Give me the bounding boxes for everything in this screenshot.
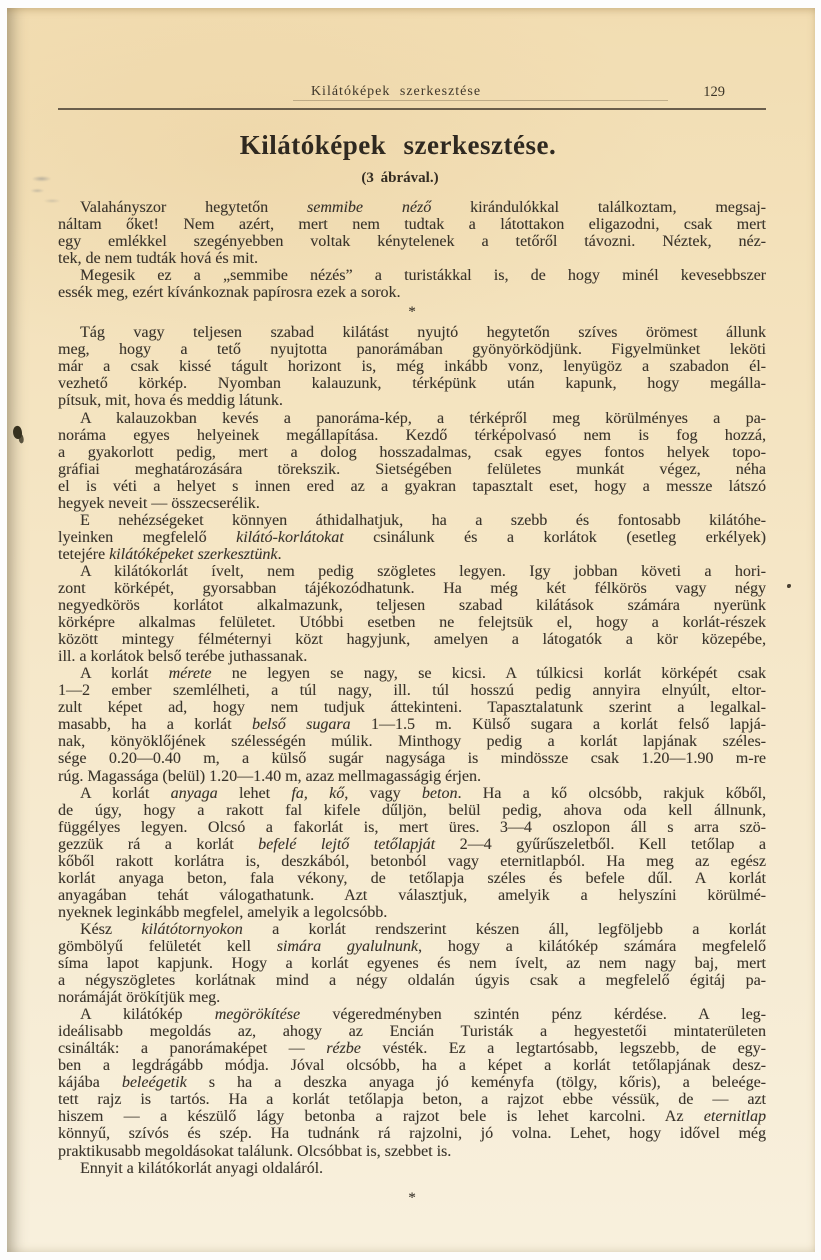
text-line: körképre alkalmas felületet. Utóbbi eset… (58, 614, 766, 631)
text-line: vezhető körkép. Nyomban kalauzunk, térké… (58, 375, 766, 392)
article-title: Kilátóképek szerkesztése. (44, 130, 752, 161)
text-line: A korlát mérete ne legyen se nagy, se ki… (58, 665, 766, 682)
text-line: anyagában tehát válogathatunk. Azt válas… (58, 887, 766, 904)
paragraph: A korlát anyaga lehet fa, kő, vagy beton… (58, 785, 766, 921)
text-line: de úgy, hogy a rakott fal kifele dűljön,… (58, 802, 766, 819)
paragraph: A kalauzokban kevés a panoráma-kép, a té… (58, 410, 766, 512)
section-separator-asterisk: * (58, 1190, 766, 1207)
paragraph: E nehézségeket könnyen áthidalhatjuk, ha… (58, 512, 766, 563)
text-line: a gyakorlott pedig, mert a dolog hosszad… (58, 444, 766, 461)
scanned-book-page: Kilátóképek szerkesztése 129 Kilátóképek… (7, 8, 815, 1252)
text-line: tek, de nem tudták hová és mit. (58, 250, 766, 267)
faded-stamp-smudge (29, 172, 71, 206)
text-line: el is véti a helyet s innen ered az a gy… (58, 478, 766, 495)
text-line: 1—2 ember szemlélheti, a túl nagy, ill. … (58, 682, 766, 699)
text-line: gömbölyű felületét kell simára gyalulnun… (58, 938, 766, 955)
text-line: gezzük rá a korlát befelé lejtő tetőlapj… (58, 836, 766, 853)
text-line: nyeknek leginkább megfelel, amelyik a le… (58, 904, 766, 921)
text-line: függélyes legyen. Olcsó a fakorlát is, m… (58, 819, 766, 836)
paragraph: A kilátókorlát ívelt, nem pedig szöglete… (58, 563, 766, 665)
header-rule (58, 108, 766, 110)
text-line: masabb, ha a korlát belső sugara 1—1.5 m… (58, 716, 766, 733)
text-line: tett rajz is tartós. Ha a korlát tetőlap… (58, 1091, 766, 1108)
paragraph: A korlát mérete ne legyen se nagy, se ki… (58, 665, 766, 784)
text-line: ben a legdrágább módja. Jóval olcsóbb, h… (58, 1057, 766, 1074)
text-line: Kész kilátótornyokon a korlát rendszerin… (58, 921, 766, 938)
text-line: Valahányszor hegytetőn semmibe néző kirá… (58, 199, 766, 216)
text-line: meg, hogy a tető nyujtotta panorámában g… (58, 341, 766, 358)
running-head-title: Kilátóképek szerkesztése (311, 84, 481, 100)
text-line: noráma egyes helyeinek megállapítása. Ke… (58, 427, 766, 444)
text-line: csinálták: a panorámaképet — rézbe vésté… (58, 1040, 766, 1057)
text-line: a négyszögletes korlátnak mind a négy ol… (58, 972, 766, 989)
dust-speck (787, 584, 791, 588)
text-line: A kilátókorlát ívelt, nem pedig szöglete… (58, 563, 766, 580)
text-line: nak, könyöklőjének szélességén múlik. Mi… (58, 733, 766, 750)
text-line: már a csak kissé tágult horizont is, még… (58, 358, 766, 375)
text-line: kájába beleégetik s ha a deszka anyaga j… (58, 1074, 766, 1091)
text-line: Tág vagy teljesen szabad kilátást nyujtó… (58, 324, 766, 341)
text-line: hegyek neveit — összecserélik. (58, 495, 766, 512)
paragraph: A kilátókép megörökítése végeredményben … (58, 1006, 766, 1159)
text-line: essék meg, ezért kívánkoznak papírosra e… (58, 284, 766, 301)
running-head-underline (293, 100, 668, 101)
text-line: lyeinken megfelelő kilátó-korlátokat csi… (58, 529, 766, 546)
page-content-area: Kilátóképek szerkesztése 129 Kilátóképek… (58, 8, 766, 1252)
text-line: között mintegy félméternyi közt hagyjunk… (58, 631, 766, 648)
page-number: 129 (703, 84, 725, 101)
text-line: Megesik ez a „semmibe nézés” a turistákk… (58, 267, 766, 284)
text-line: praktikusabb megoldásokat találunk. Olcs… (58, 1143, 766, 1160)
section-separator-asterisk: * (58, 304, 766, 321)
text-line: korlát anyaga beton, fala vékony, de tet… (58, 870, 766, 887)
paragraph: Megesik ez a „semmibe nézés” a turistákk… (58, 267, 766, 301)
article-subtitle: (3 ábrával.) (46, 170, 754, 187)
paragraph: Ennyit a kilátókorlát anyagi oldaláról. (58, 1160, 766, 1177)
text-line: gráfiai meghatározására törekszik. Siets… (58, 461, 766, 478)
text-line: norámáját örökítjük meg. (58, 989, 766, 1006)
paragraph: Tág vagy teljesen szabad kilátást nyujtó… (58, 324, 766, 409)
text-line: ideálisabb megoldás az, ahogy az Encián … (58, 1023, 766, 1040)
text-line: A kalauzokban kevés a panoráma-kép, a té… (58, 410, 766, 427)
text-line: náltam őket! Nem azért, mert nem tudtak … (58, 216, 766, 233)
paragraph: Valahányszor hegytetőn semmibe néző kirá… (58, 199, 766, 267)
text-line: Ennyit a kilátókorlát anyagi oldaláról. (58, 1160, 766, 1177)
text-line: zult képet ad, hogy nem tudjuk áttekinte… (58, 699, 766, 716)
text-line: negyedkörös korlátot alkalmazunk, teljes… (58, 597, 766, 614)
text-line: E nehézségeket könnyen áthidalhatjuk, ha… (58, 512, 766, 529)
text-line: egy emlékkel szegényebben voltak kénytel… (58, 233, 766, 250)
paragraph: Kész kilátótornyokon a korlát rendszerin… (58, 921, 766, 1006)
text-line: kőből rakott korlátra is, deszkából, bet… (58, 853, 766, 870)
text-line: síma lapot kapjunk. Hogy a korlát egyene… (58, 955, 766, 972)
text-line: pítsuk, mit, hova és meddig látunk. (58, 392, 766, 409)
text-line: hiszem — a készülő lágy betonba a rajzot… (58, 1108, 766, 1125)
text-line: tetejére kilátóképeket szerkesztünk. (58, 546, 766, 563)
text-line: A kilátókép megörökítése végeredményben … (58, 1006, 766, 1023)
article-body: Valahányszor hegytetőn semmibe néző kirá… (58, 199, 766, 1210)
text-line: könnyű, szívós és szép. Ha tudnánk rá ra… (58, 1125, 766, 1142)
text-line: sége 0.20—0.40 m, a külső sugár nagysága… (58, 750, 766, 767)
ink-blot-mark (12, 425, 24, 440)
text-line: zont körképét, gyorsabban tájékozódhatun… (58, 580, 766, 597)
text-line: A korlát anyaga lehet fa, kő, vagy beton… (58, 785, 766, 802)
text-line: rúg. Magassága (belül) 1.20—1.40 m, azaz… (58, 768, 766, 785)
text-line: ill. a korlátok belső terébe juthassanak… (58, 648, 766, 665)
